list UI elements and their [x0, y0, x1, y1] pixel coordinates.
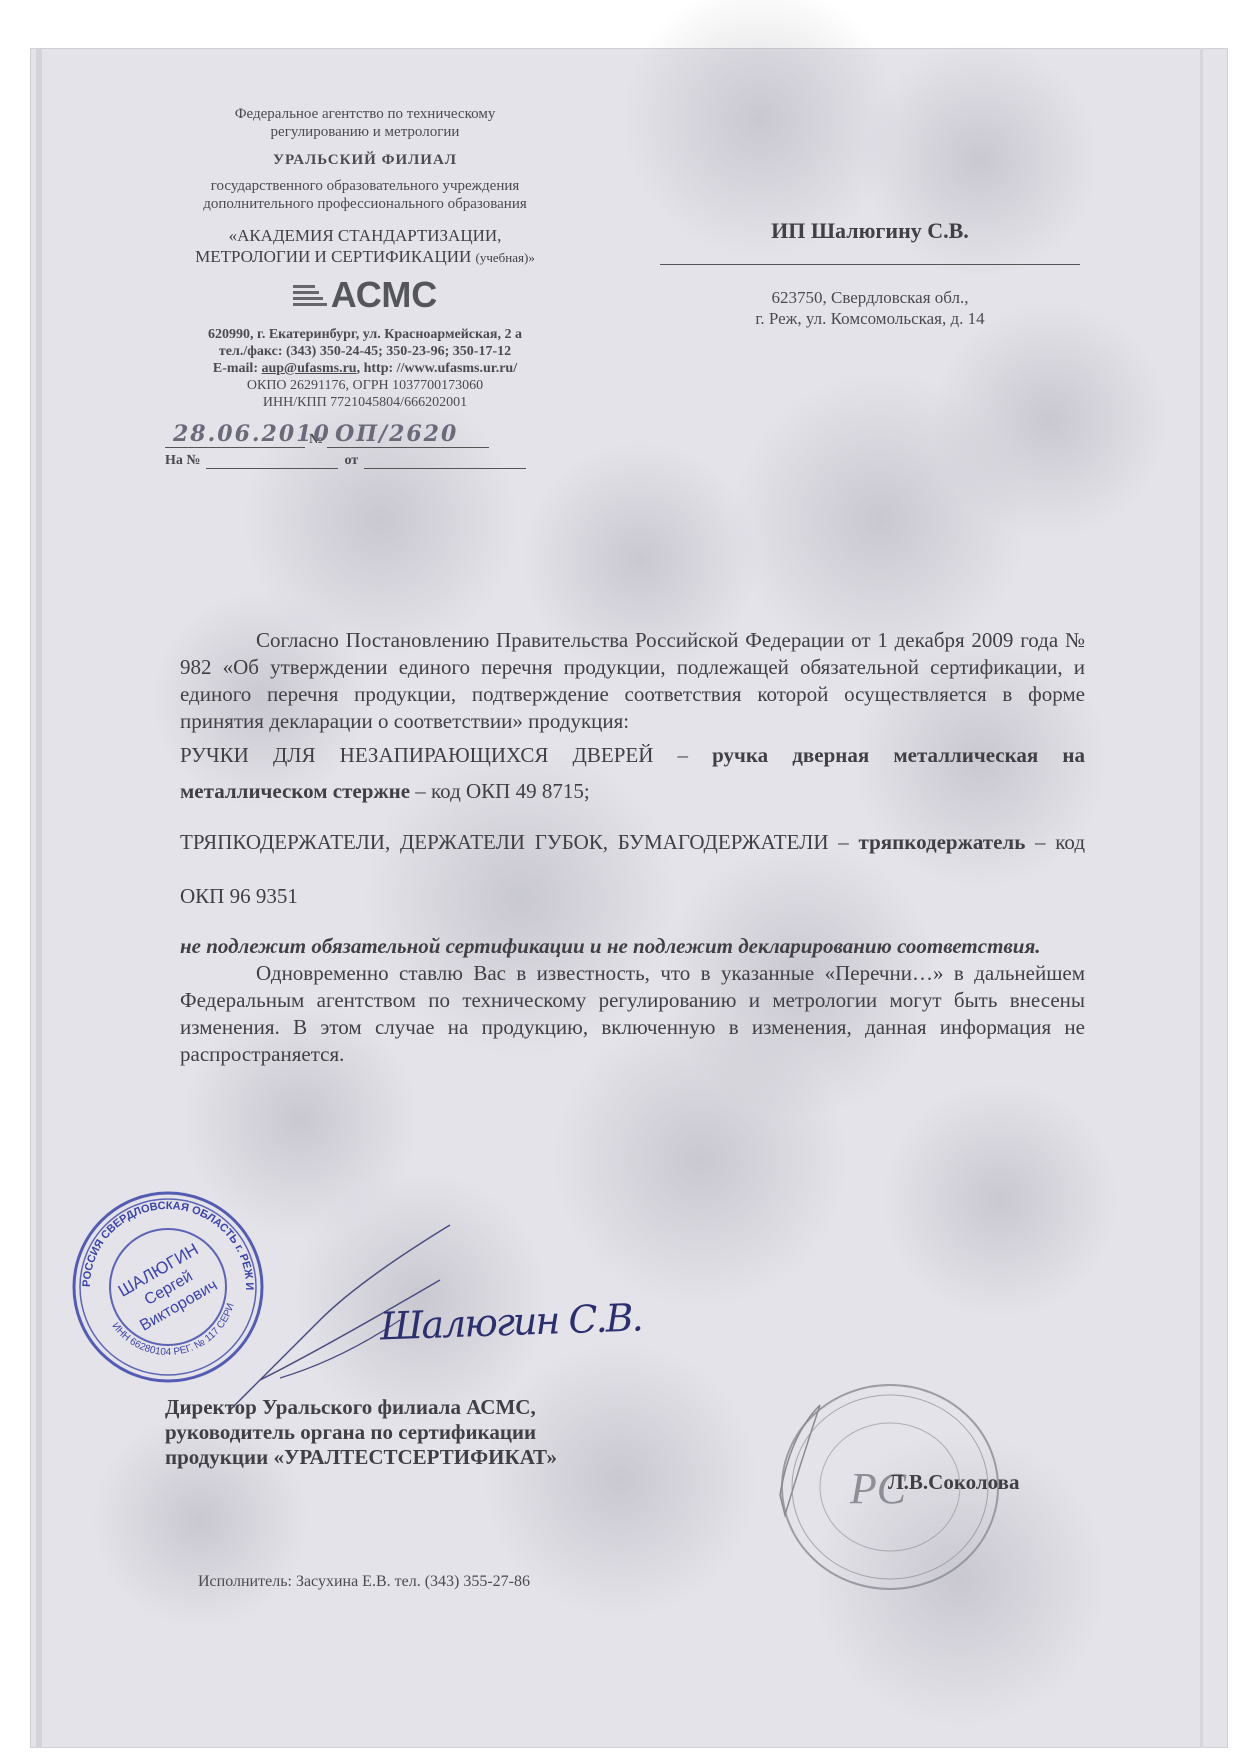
letter-body: Согласно Постановлению Правительства Рос…: [180, 627, 1085, 1068]
okpo-ogrn: ОКПО 26291176, ОГРН 1037700173060: [160, 377, 570, 394]
academy-name: «АКАДЕМИЯ СТАНДАРТИЗАЦИИ, МЕТРОЛОГИИ И С…: [160, 225, 570, 268]
executor-info: Исполнитель: Засухина Е.В. тел. (343) 35…: [198, 1573, 530, 1591]
product-item: РУЧКИ ДЛЯ НЕЗАПИРАЮЩИХСЯ ДВЕРЕЙ – ручка …: [180, 737, 1085, 809]
date-handwritten: 28.06.2010: [173, 421, 331, 447]
website-link[interactable]: http: //www.ufasms.ur.ru/: [364, 361, 518, 376]
academy-line-text: МЕТРОЛОГИИ И СЕРТИФИКАЦИИ: [195, 247, 471, 266]
reply-to-label: На №: [165, 453, 200, 469]
reply-reg: На № от: [165, 452, 526, 469]
email-label: E-mail:: [213, 361, 258, 376]
recipient-address: 623750, Свердловская обл.,: [660, 287, 1080, 308]
asms-logo: АСМС: [160, 274, 570, 316]
signer-line: продукции «УРАЛТЕСТСЕРТИФИКАТ»: [165, 1445, 557, 1470]
email-link[interactable]: aup@ufasms.ru: [261, 361, 356, 376]
verdict-text: не подлежит обязательной сертификации и …: [180, 933, 1085, 960]
outgoing-reg: 28.06.2010 № ОП/2620: [165, 425, 489, 448]
signer-name: Л.В.Соколова: [888, 1470, 1019, 1495]
notice-paragraph: Одновременно ставлю Вас в известность, ч…: [180, 960, 1085, 1068]
recipient-address: г. Реж, ул. Комсомольская, д. 14: [660, 308, 1080, 329]
logo-text: АСМС: [331, 274, 438, 316]
letterhead: Федеральное агентство по техническому ре…: [160, 105, 570, 411]
product-category: РУЧКИ ДЛЯ НЕЗАПИРАЮЩИХСЯ ДВЕРЕЙ –: [180, 743, 712, 767]
inn-kpp: ИНН/КПП 7721045804/666202001: [160, 394, 570, 411]
recipient-block: ИП Шалюгину С.В. 623750, Свердловская об…: [660, 218, 1080, 329]
signer-title: Директор Уральского филиала АСМС, руково…: [165, 1395, 557, 1470]
product-category: ТРЯПКОДЕРЖАТЕЛИ, ДЕРЖАТЕЛИ ГУБОК, БУМАГО…: [180, 830, 859, 854]
handwritten-signature: Шалюгин С.В.: [379, 1295, 642, 1348]
divider: [660, 264, 1080, 265]
org-phones: тел./факс: (343) 350-24-45; 350-23-96; 3…: [160, 343, 570, 360]
recipient-name: ИП Шалюгину С.В.: [660, 218, 1080, 244]
academy-suffix: (учебная)»: [476, 250, 535, 265]
reply-date-field: [364, 452, 526, 469]
institution-line: государственного образовательного учрежд…: [160, 177, 570, 195]
date-field: 28.06.2010: [165, 425, 305, 448]
intro-paragraph: Согласно Постановлению Правительства Рос…: [180, 627, 1085, 735]
agency-line: Федеральное агентство по техническому: [160, 105, 570, 123]
signer-line: руководитель органа по сертификации: [165, 1420, 557, 1445]
product-item: ТРЯПКОДЕРЖАТЕЛИ, ДЕРЖАТЕЛИ ГУБОК, БУМАГО…: [180, 815, 1085, 923]
institution-line: дополнительного профессионального образо…: [160, 195, 570, 213]
product-code: – код ОКП 49 8715;: [410, 779, 590, 803]
agency-line: регулированию и метрологии: [160, 123, 570, 141]
signer-line: Директор Уральского филиала АСМС,: [165, 1395, 557, 1420]
page-edge: [1200, 48, 1203, 1748]
product-name: тряпкодержатель: [859, 830, 1026, 854]
reply-number-field: [206, 452, 338, 469]
org-address: 620990, г. Екатеринбург, ул. Красноармей…: [160, 326, 570, 343]
number-field: ОП/2620: [327, 425, 489, 448]
number-handwritten: ОП/2620: [335, 421, 458, 447]
org-contacts: E-mail: aup@ufasms.ru, http: //www.ufasm…: [160, 360, 570, 377]
academy-line: МЕТРОЛОГИИ И СЕРТИФИКАЦИИ (учебная)»: [160, 246, 570, 268]
academy-line: «АКАДЕМИЯ СТАНДАРТИЗАЦИИ,: [160, 225, 570, 246]
branch-title: УРАЛЬСКИЙ ФИЛИАЛ: [160, 151, 570, 169]
logo-bars-icon: [293, 285, 327, 306]
page-edge: [36, 48, 42, 1748]
from-label: от: [344, 453, 358, 469]
